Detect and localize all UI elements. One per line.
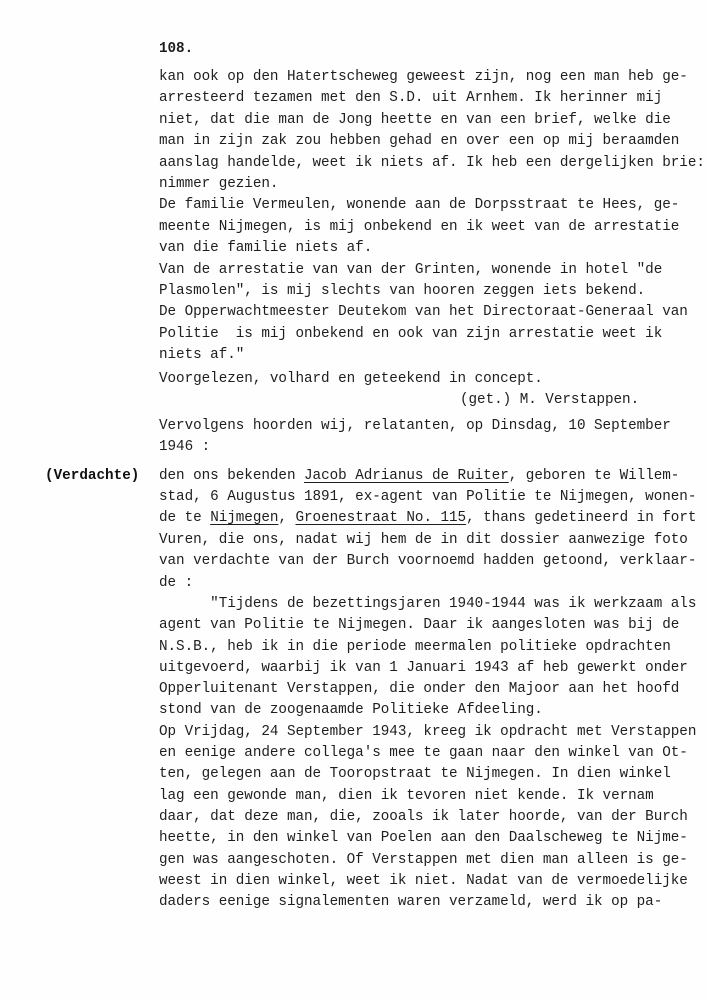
text-line: de : bbox=[159, 574, 193, 592]
text-line: arresteerd tezamen met den S.D. uit Arnh… bbox=[159, 89, 662, 107]
text: , thans gedetineerd in fort bbox=[466, 510, 696, 526]
page-number: 108. bbox=[159, 40, 193, 58]
text-line: agent van Politie te Nijmegen. Daar ik a… bbox=[159, 616, 679, 634]
hearing-intro-line-1: Vervolgens hoorden wij, relatanten, op D… bbox=[159, 417, 671, 435]
text-line: kan ook op den Hatertscheweg geweest zij… bbox=[159, 68, 688, 86]
text-line: stond van de zoogenaamde Politieke Afdee… bbox=[159, 701, 543, 719]
text-line: nimmer gezien. bbox=[159, 175, 278, 193]
text-line: weest in dien winkel, weet ik niet. Nada… bbox=[159, 872, 688, 890]
text-line: "Tijdens de bezettingsjaren 1940-1944 wa… bbox=[159, 595, 696, 613]
text-line: niets af." bbox=[159, 346, 244, 364]
text-line: man in zijn zak zou hebben gehad en over… bbox=[159, 132, 679, 150]
text-line: De Opperwachtmeester Deutekom van het Di… bbox=[159, 303, 688, 321]
text-line: aanslag handelde, weet ik niets af. Ik h… bbox=[159, 154, 705, 172]
text-line: De familie Vermeulen, wonende aan de Dor… bbox=[159, 196, 679, 214]
typewritten-page: 108. kan ook op den Hatertscheweg gewees… bbox=[0, 0, 708, 1000]
text-line: daar, dat deze man, die, zooals ik later… bbox=[159, 808, 688, 826]
suspect-name: Jacob Adrianus de Ruiter bbox=[304, 468, 509, 484]
text-line: N.S.B., heb ik in die periode meermalen … bbox=[159, 638, 671, 656]
suspect-line-2: stad, 6 Augustus 1891, ex-agent van Poli… bbox=[159, 488, 696, 506]
margin-label-suspect: (Verdachte) bbox=[45, 467, 139, 485]
text: , bbox=[278, 510, 295, 526]
text: den ons bekenden bbox=[159, 468, 304, 484]
text-line: gen was aangeschoten. Of Verstappen met … bbox=[159, 851, 688, 869]
suspect-line-1: den ons bekenden Jacob Adrianus de Ruite… bbox=[159, 467, 679, 485]
suspect-city: Nijmegen bbox=[210, 510, 278, 526]
text: , geboren te Willem- bbox=[509, 468, 680, 484]
text-line: van die familie niets af. bbox=[159, 239, 372, 257]
text-line: Op Vrijdag, 24 September 1943, kreeg ik … bbox=[159, 723, 696, 741]
text-line: heette, in den winkel van Poelen aan den… bbox=[159, 829, 688, 847]
text-line: en eenige andere collega's mee te gaan n… bbox=[159, 744, 688, 762]
signature: (get.) M. Verstappen. bbox=[460, 391, 639, 409]
text-line: Plasmolen", is mij slechts van hooren ze… bbox=[159, 282, 645, 300]
text-line: Opperluitenant Verstappen, die onder den… bbox=[159, 680, 679, 698]
text-line: Vuren, die ons, nadat wij hem de in dit … bbox=[159, 531, 688, 549]
hearing-intro-line-2: 1946 : bbox=[159, 438, 210, 456]
text-line: Van de arrestatie van van der Grinten, w… bbox=[159, 261, 662, 279]
text-line: uitgevoerd, waarbij ik van 1 Januari 194… bbox=[159, 659, 688, 677]
text-line: niet, dat die man de Jong heette en van … bbox=[159, 111, 671, 129]
suspect-line-3: de te Nijmegen, Groenestraat No. 115, th… bbox=[159, 509, 696, 527]
text-line: meente Nijmegen, is mij onbekend en ik w… bbox=[159, 218, 679, 236]
text: de te bbox=[159, 510, 210, 526]
text-line: daders eenige signalementen waren verzam… bbox=[159, 893, 662, 911]
read-confirmation: Voorgelezen, volhard en geteekend in con… bbox=[159, 370, 543, 388]
suspect-street: Groenestraat No. 115 bbox=[296, 510, 467, 526]
text-line: lag een gewonde man, dien ik tevoren nie… bbox=[159, 787, 654, 805]
text-line: Politie is mij onbekend en ook van zijn … bbox=[159, 325, 662, 343]
text-line: van verdachte van der Burch voornoemd ha… bbox=[159, 552, 696, 570]
text-line: ten, gelegen aan de Tooropstraat te Nijm… bbox=[159, 765, 671, 783]
